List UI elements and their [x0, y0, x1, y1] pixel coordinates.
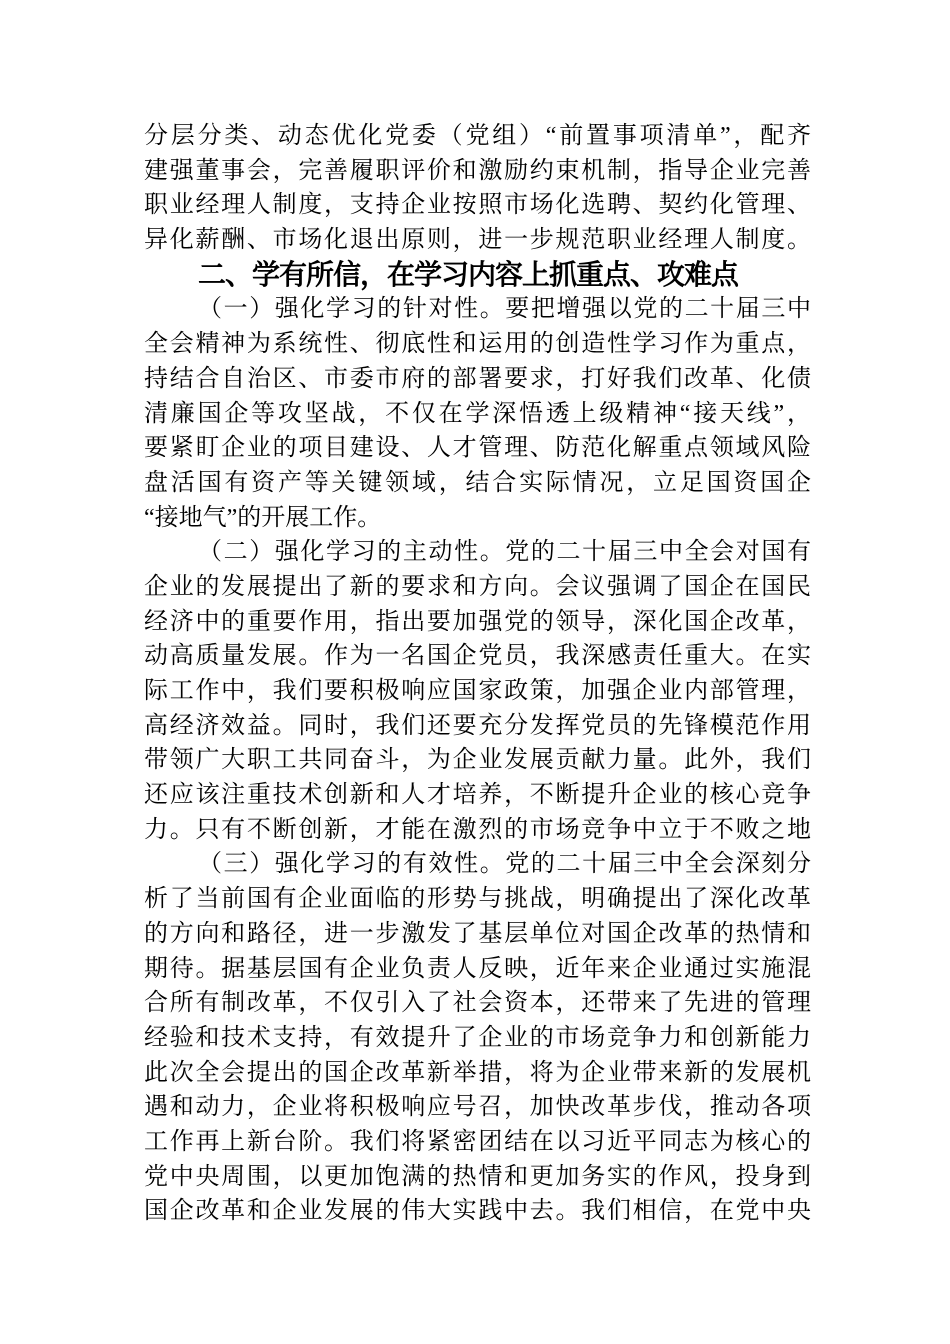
text-line: 合所有制改革，不仅引入了社会资本，还带来了先进的管理 [144, 986, 811, 1021]
text-line: 遇和动力，企业将积极响应号召，加快改革步伐，推动各项 [144, 1090, 811, 1125]
document-content: 分层分类、动态优化党委（党组）“前置事项清单”，配齐建强董事会，完善履职评价和激… [144, 119, 811, 1229]
body-paragraph: 分层分类、动态优化党委（党组）“前置事项清单”，配齐建强董事会，完善履职评价和激… [144, 119, 811, 258]
text-line: 全会精神为系统性、彻底性和运用的创造性学习作为重点， [144, 327, 811, 362]
text-line: 党中央周围，以更加饱满的热情和更加务实的作风，投身到 [144, 1160, 811, 1195]
heading-line: 二、学有所信，在学习内容上抓重点、攻难点 [144, 258, 811, 293]
body-paragraph: （一）强化学习的针对性。要把增强以党的二十届三中全会精神为系统性、彻底性和运用的… [144, 292, 811, 535]
text-line: 盘活国有资产等关键领域，结合实际情况，立足国资国企 [144, 466, 811, 501]
text-line: 清廉国企等攻坚战，不仅在学深悟透上级精神“接天线”， [144, 397, 811, 432]
text-line: “接地气”的开展工作。 [144, 501, 811, 536]
text-line: 企业的发展提出了新的要求和方向。会议强调了国企在国民 [144, 570, 811, 605]
text-line: 工作再上新台阶。我们将紧密团结在以习近平同志为核心的 [144, 1125, 811, 1160]
text-line: （三）强化学习的有效性。党的二十届三中全会深刻分 [144, 847, 811, 882]
text-line: 此次全会提出的国企改革新举措，将为企业带来新的发展机 [144, 1056, 811, 1091]
document-page: 分层分类、动态优化党委（党组）“前置事项清单”，配齐建强董事会，完善履职评价和激… [0, 0, 950, 1344]
text-line: 经济中的重要作用，指出要加强党的领导，深化国企改革， [144, 605, 811, 640]
body-paragraph: （三）强化学习的有效性。党的二十届三中全会深刻分析了当前国有企业面临的形势与挑战… [144, 847, 811, 1229]
text-line: 期待。据基层国有企业负责人反映，近年来企业通过实施混 [144, 952, 811, 987]
text-line: 还应该注重技术创新和人才培养，不断提升企业的核心竞争 [144, 778, 811, 813]
text-line: 际工作中，我们要积极响应国家政策，加强企业内部管理， [144, 674, 811, 709]
text-line: 分层分类、动态优化党委（党组）“前置事项清单”，配齐 [144, 119, 811, 154]
text-line: 高经济效益。同时，我们还要充分发挥党员的先锋模范作用 [144, 709, 811, 744]
text-line: 带领广大职工共同奋斗，为企业发展贡献力量。此外，我们 [144, 743, 811, 778]
text-line: （一）强化学习的针对性。要把增强以党的二十届三中 [144, 292, 811, 327]
text-line: （二）强化学习的主动性。党的二十届三中全会对国有 [144, 535, 811, 570]
text-line: 要紧盯企业的项目建设、人才管理、防范化解重点领域风险 [144, 431, 811, 466]
text-line: 异化薪酬、市场化退出原则，进一步规范职业经理人制度。 [144, 223, 811, 258]
text-line: 国企改革和企业发展的伟大实践中去。我们相信，在党中央 [144, 1194, 811, 1229]
text-line: 持结合自治区、市委市府的部署要求，打好我们改革、化债 [144, 362, 811, 397]
text-line: 经验和技术支持，有效提升了企业的市场竞争力和创新能力 [144, 1021, 811, 1056]
text-line: 的方向和路径，进一步激发了基层单位对国企改革的热情和 [144, 917, 811, 952]
body-paragraph: （二）强化学习的主动性。党的二十届三中全会对国有企业的发展提出了新的要求和方向。… [144, 535, 811, 847]
section-heading: 二、学有所信，在学习内容上抓重点、攻难点 [144, 258, 811, 293]
text-line: 析了当前国有企业面临的形势与挑战，明确提出了深化改革 [144, 882, 811, 917]
text-line: 职业经理人制度，支持企业按照市场化选聘、契约化管理、 [144, 188, 811, 223]
text-line: 动高质量发展。作为一名国企党员，我深感责任重大。在实 [144, 639, 811, 674]
text-line: 力。只有不断创新，才能在激烈的市场竞争中立于不败之地 [144, 813, 811, 848]
text-line: 建强董事会，完善履职评价和激励约束机制，指导企业完善 [144, 154, 811, 189]
